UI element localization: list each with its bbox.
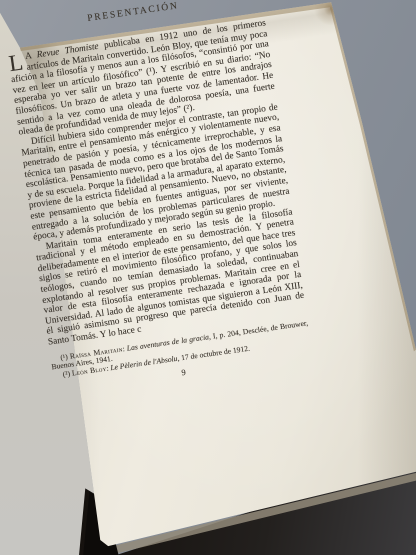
book-photo-scene: PRESENTACIÓN LA Revue Thomiste publicaba… — [0, 0, 416, 555]
